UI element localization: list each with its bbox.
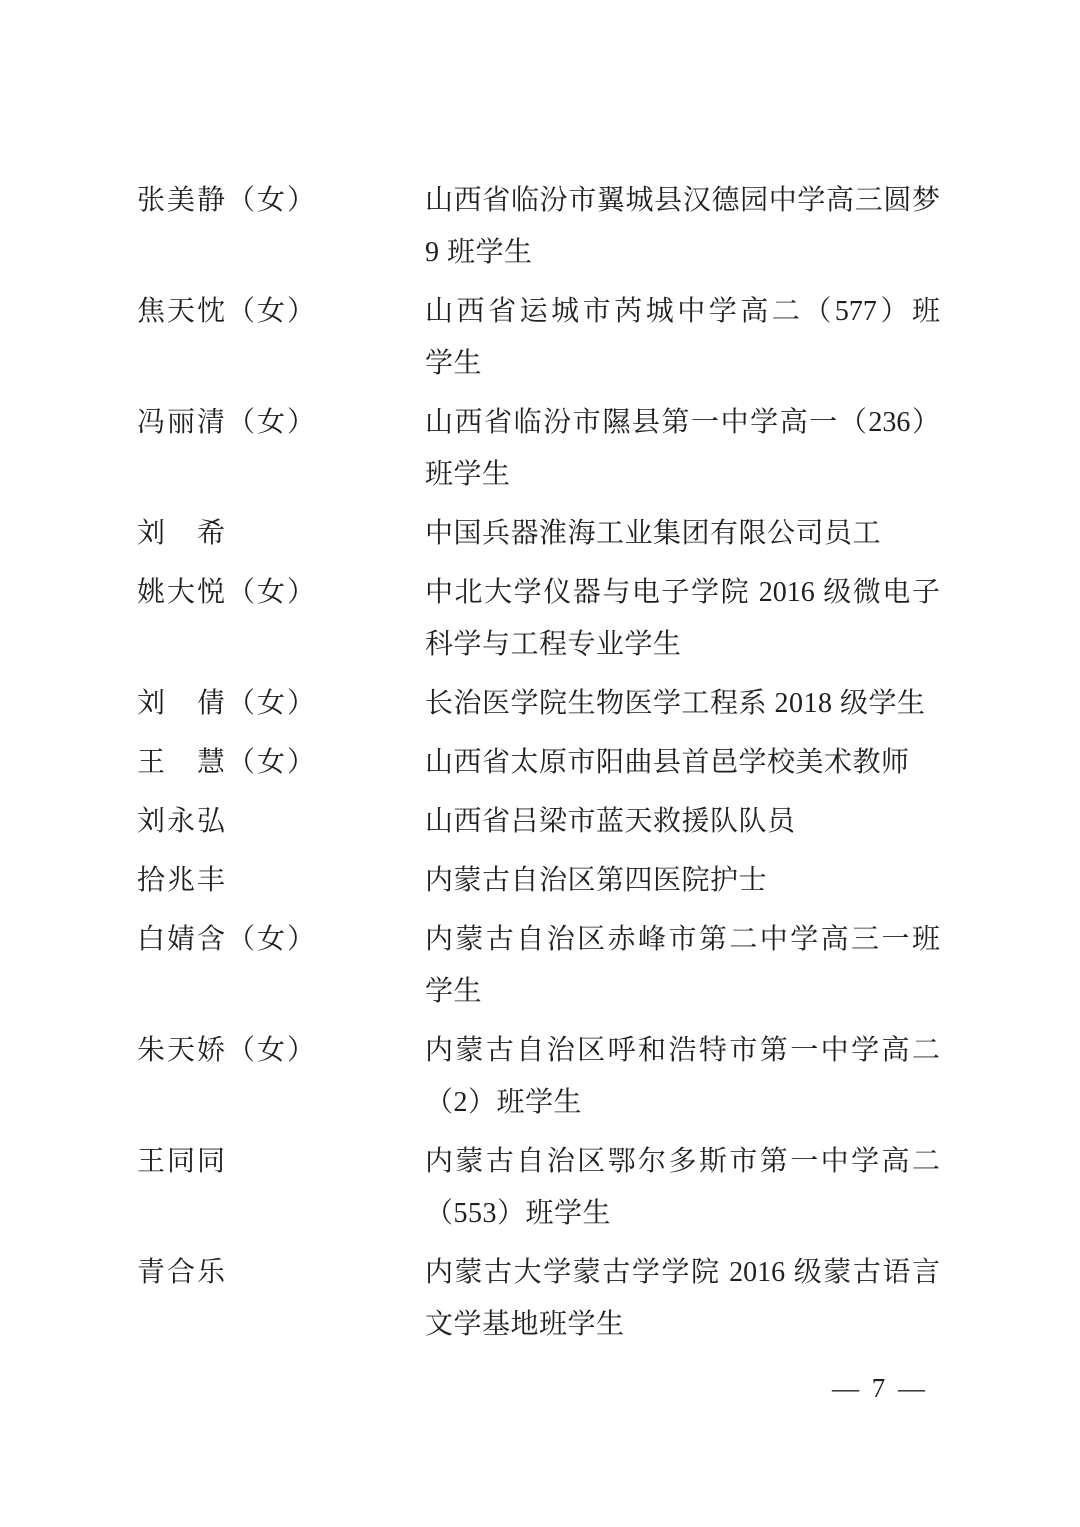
entry-row: 姚大悦（女） 中北大学仪器与电子学院 2016 级微电子科学与工程专业学生 bbox=[137, 567, 940, 671]
entry-row: 青合乐 内蒙古大学蒙古学学院 2016 级蒙古语言文学基地班学生 bbox=[137, 1247, 940, 1351]
entry-row: 白婧含（女） 内蒙古自治区赤峰市第二中学高三一班学生 bbox=[137, 914, 940, 1018]
entry-row: 刘 希 中国兵器淮海工业集团有限公司员工 bbox=[137, 508, 940, 560]
entry-row: 刘永弘 山西省吕梁市蓝天救援队队员 bbox=[137, 796, 940, 848]
description-line: 中北大学仪器与电子学院 2016 级微电子 bbox=[425, 567, 940, 619]
description-line: 学生 bbox=[425, 966, 940, 1018]
entry-description: 山西省吕梁市蓝天救援队队员 bbox=[425, 796, 940, 848]
description-line: 内蒙古自治区呼和浩特市第一中学高二 bbox=[425, 1025, 940, 1077]
description-line: 内蒙古大学蒙古学学院 2016 级蒙古语言 bbox=[425, 1247, 940, 1299]
entry-name: 拾兆丰 bbox=[137, 855, 425, 907]
description-line: 山西省临汾市翼城县汉德园中学高三圆梦 bbox=[425, 175, 940, 227]
entry-description: 内蒙古自治区第四医院护士 bbox=[425, 855, 940, 907]
description-line: 科学与工程专业学生 bbox=[425, 619, 940, 671]
description-line: 班学生 bbox=[425, 449, 940, 501]
description-line: 山西省临汾市隰县第一中学高一（236） bbox=[425, 397, 940, 449]
entry-row: 王同同 内蒙古自治区鄂尔多斯市第一中学高二（553）班学生 bbox=[137, 1136, 940, 1240]
description-line: 内蒙古自治区鄂尔多斯市第一中学高二 bbox=[425, 1136, 940, 1188]
entry-name: 刘 希 bbox=[137, 508, 425, 560]
description-line: 山西省运城市芮城中学高二（577）班 bbox=[425, 286, 940, 338]
description-line: 长治医学院生物医学工程系 2018 级学生 bbox=[425, 678, 940, 730]
entry-description: 山西省太原市阳曲县首邑学校美术教师 bbox=[425, 737, 940, 789]
entry-row: 刘 倩（女） 长治医学院生物医学工程系 2018 级学生 bbox=[137, 678, 940, 730]
entry-name: 刘永弘 bbox=[137, 796, 425, 848]
entry-name: 焦天忱（女） bbox=[137, 286, 425, 338]
entry-description: 内蒙古自治区呼和浩特市第一中学高二（2）班学生 bbox=[425, 1025, 940, 1129]
description-line: 内蒙古自治区赤峰市第二中学高三一班 bbox=[425, 914, 940, 966]
description-line: 山西省吕梁市蓝天救援队队员 bbox=[425, 796, 940, 848]
description-line: 文学基地班学生 bbox=[425, 1299, 940, 1351]
entry-list: 张美静（女） 山西省临汾市翼城县汉德园中学高三圆梦9 班学生 焦天忱（女） 山西… bbox=[137, 175, 940, 1351]
entry-row: 王 慧（女） 山西省太原市阳曲县首邑学校美术教师 bbox=[137, 737, 940, 789]
description-line: 学生 bbox=[425, 338, 940, 390]
entry-description: 山西省临汾市隰县第一中学高一（236）班学生 bbox=[425, 397, 940, 501]
entry-name: 王同同 bbox=[137, 1136, 425, 1188]
description-line: （553）班学生 bbox=[425, 1188, 940, 1240]
entry-description: 中国兵器淮海工业集团有限公司员工 bbox=[425, 508, 940, 560]
entry-description: 内蒙古大学蒙古学学院 2016 级蒙古语言文学基地班学生 bbox=[425, 1247, 940, 1351]
entry-description: 山西省运城市芮城中学高二（577）班学生 bbox=[425, 286, 940, 390]
entry-name: 姚大悦（女） bbox=[137, 567, 425, 619]
description-line: （2）班学生 bbox=[425, 1077, 940, 1129]
entry-description: 长治医学院生物医学工程系 2018 级学生 bbox=[425, 678, 940, 730]
entry-description: 内蒙古自治区赤峰市第二中学高三一班学生 bbox=[425, 914, 940, 1018]
description-line: 中国兵器淮海工业集团有限公司员工 bbox=[425, 508, 940, 560]
description-line: 内蒙古自治区第四医院护士 bbox=[425, 855, 940, 907]
entry-name: 冯丽清（女） bbox=[137, 397, 425, 449]
entry-description: 中北大学仪器与电子学院 2016 级微电子科学与工程专业学生 bbox=[425, 567, 940, 671]
entry-description: 内蒙古自治区鄂尔多斯市第一中学高二（553）班学生 bbox=[425, 1136, 940, 1240]
description-line: 9 班学生 bbox=[425, 227, 940, 279]
entry-row: 朱天娇（女） 内蒙古自治区呼和浩特市第一中学高二（2）班学生 bbox=[137, 1025, 940, 1129]
entry-description: 山西省临汾市翼城县汉德园中学高三圆梦9 班学生 bbox=[425, 175, 940, 279]
entry-name: 刘 倩（女） bbox=[137, 678, 425, 730]
entry-row: 张美静（女） 山西省临汾市翼城县汉德园中学高三圆梦9 班学生 bbox=[137, 175, 940, 279]
entry-row: 拾兆丰 内蒙古自治区第四医院护士 bbox=[137, 855, 940, 907]
entry-name: 青合乐 bbox=[137, 1247, 425, 1299]
entry-name: 朱天娇（女） bbox=[137, 1025, 425, 1077]
page-number: — 7 — bbox=[137, 1371, 940, 1405]
entry-name: 白婧含（女） bbox=[137, 914, 425, 966]
entry-row: 焦天忱（女） 山西省运城市芮城中学高二（577）班学生 bbox=[137, 286, 940, 390]
entry-name: 王 慧（女） bbox=[137, 737, 425, 789]
entry-row: 冯丽清（女） 山西省临汾市隰县第一中学高一（236）班学生 bbox=[137, 397, 940, 501]
document-page: 张美静（女） 山西省临汾市翼城县汉德园中学高三圆梦9 班学生 焦天忱（女） 山西… bbox=[0, 0, 1080, 1527]
entry-name: 张美静（女） bbox=[137, 175, 425, 227]
description-line: 山西省太原市阳曲县首邑学校美术教师 bbox=[425, 737, 940, 789]
